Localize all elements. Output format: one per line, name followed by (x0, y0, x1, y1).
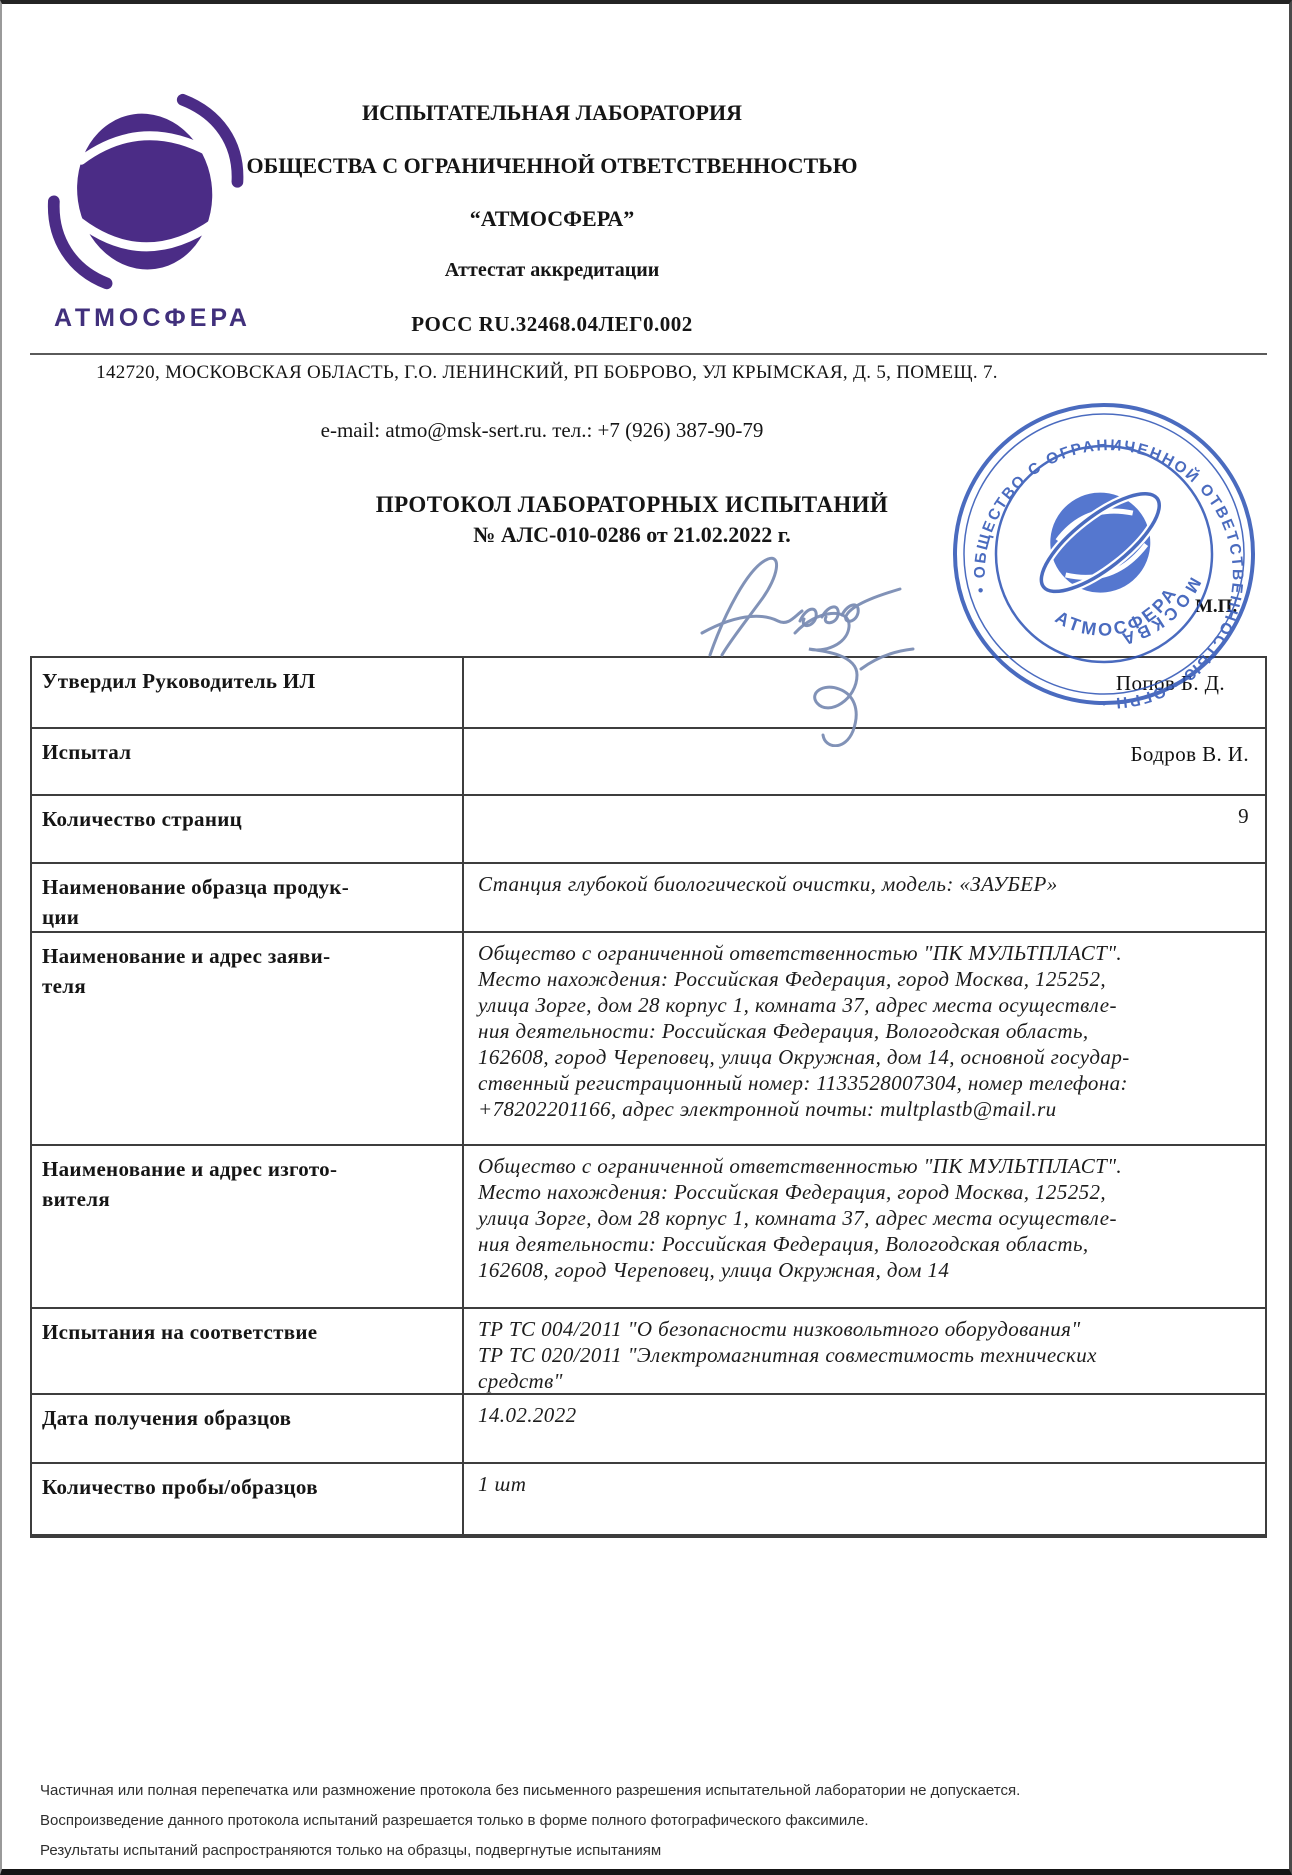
accreditation-number: РОСС RU.32468.04ЛЕГ0.002 (2, 312, 1102, 365)
tester-name: Бодров В. И. (1130, 741, 1249, 767)
lab-address: 142720, МОСКОВСКАЯ ОБЛАСТЬ, Г.О. ЛЕНИНСК… (2, 362, 1092, 384)
lab-contact: e-mail: atmo@msk-sert.ru. тел.: +7 (926)… (2, 418, 1082, 443)
row-value: 14.02.2022 (464, 1395, 1265, 1462)
letterhead-line-attestat: Аттестат аккредитации (2, 259, 1102, 312)
row-label: Испытал (32, 729, 464, 794)
table-row-page-count: Количество страниц 9 (32, 796, 1265, 864)
row-label: Количество пробы/образцов (32, 1464, 464, 1534)
header-divider (30, 353, 1267, 355)
row-label: Наименование и адрес заяви- теля (32, 933, 464, 1144)
table-row-tested-by: Испытал Бодров В. И. (32, 729, 1265, 796)
table-row-tested-against: Испытания на соответствие ТР ТС 004/2011… (32, 1309, 1265, 1395)
row-label: Количество страниц (32, 796, 464, 862)
row-value: Станция глубокой биологической очистки, … (464, 864, 1265, 931)
letterhead-line-name: “АТМОСФЕРА” (2, 206, 1102, 259)
letterhead-line-lab: ИСПЫТАТЕЛЬНАЯ ЛАБОРАТОРИЯ (2, 100, 1102, 153)
row-label: Утвердил Руководитель ИЛ (32, 658, 464, 727)
row-value: 9 (464, 796, 1265, 862)
table-row-sample-name: Наименование образца продук- ции Станция… (32, 864, 1265, 933)
table-row-receipt-date: Дата получения образцов 14.02.2022 (32, 1395, 1265, 1464)
row-label: Наименование и адрес изгото- вителя (32, 1146, 464, 1307)
protocol-document-page: АТМОСФЕРА ИСПЫТАТЕЛЬНАЯ ЛАБОРАТОРИЯ ОБЩЕ… (0, 0, 1292, 1875)
table-row-sample-quantity: Количество пробы/образцов 1 шт (32, 1464, 1265, 1534)
row-label: Испытания на соответствие (32, 1309, 464, 1393)
letterhead: ИСПЫТАТЕЛЬНАЯ ЛАБОРАТОРИЯ ОБЩЕСТВА С ОГР… (2, 100, 1102, 365)
footer-disclaimer: Частичная или полная перепечатка или раз… (40, 1776, 1250, 1866)
row-value: Общество с ограниченной ответственностью… (464, 933, 1265, 1144)
protocol-details-table: Утвердил Руководитель ИЛ Попов Б. Д. Исп… (30, 656, 1267, 1538)
row-value: Общество с ограниченной ответственностью… (464, 1146, 1265, 1307)
table-row-manufacturer: Наименование и адрес изгото- вителя Обще… (32, 1146, 1265, 1309)
letterhead-line-ooo: ОБЩЕСТВА С ОГРАНИЧЕННОЙ ОТВЕТСТВЕННОСТЬЮ (2, 153, 1102, 206)
table-row-applicant: Наименование и адрес заяви- теля Обществ… (32, 933, 1265, 1146)
row-value: 1 шт (464, 1464, 1265, 1534)
row-label: Наименование образца продук- ции (32, 864, 464, 931)
row-label: Дата получения образцов (32, 1395, 464, 1462)
row-value: ТР ТС 004/2011 "О безопасности низковоль… (464, 1309, 1265, 1393)
tester-signature (765, 599, 933, 747)
